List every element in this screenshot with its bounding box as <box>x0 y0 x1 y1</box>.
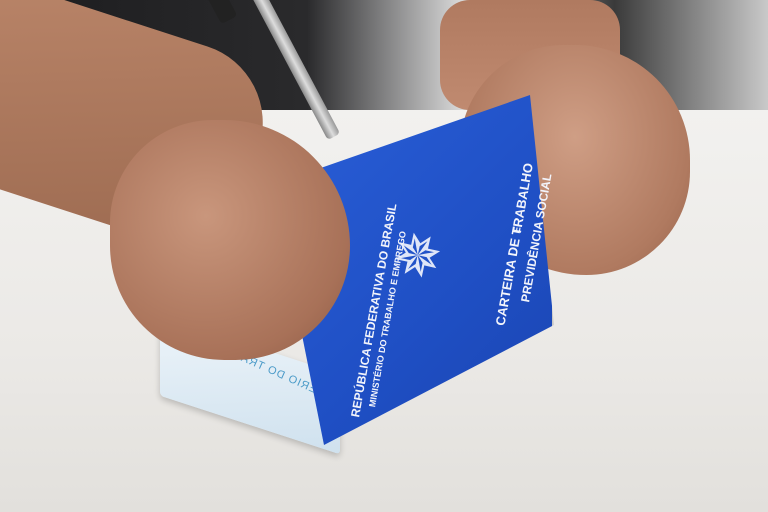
photo-scene: MINISTÉRIO DO TRABALHO ✵ REPÚBLICA FEDER… <box>0 0 768 512</box>
